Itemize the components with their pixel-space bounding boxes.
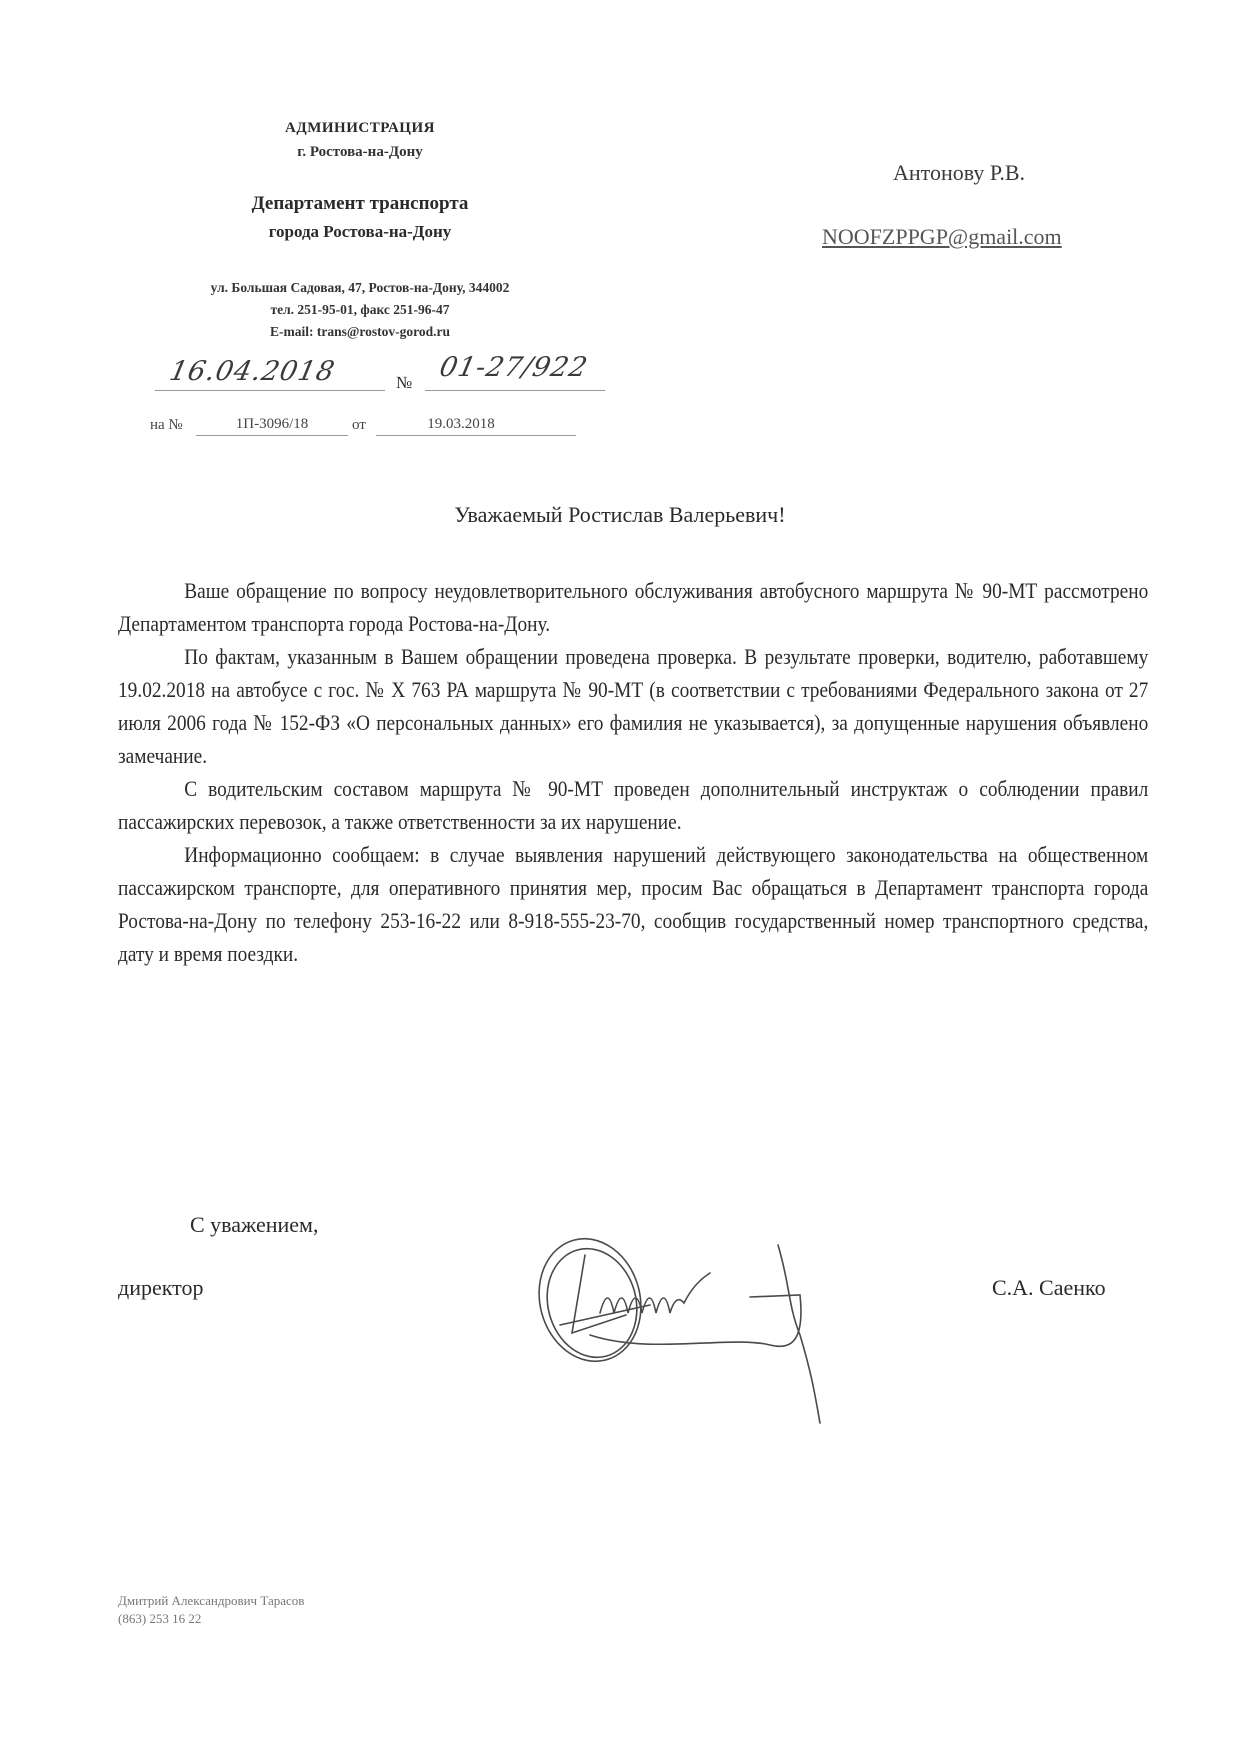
paragraph: Ваше обращение по вопросу неудовлетворит…	[118, 574, 1148, 640]
from-date: 19.03.2018	[376, 416, 546, 433]
number-underline	[425, 390, 605, 391]
recipient-name: Антонову Р.В.	[893, 160, 1025, 186]
from-underline	[376, 435, 576, 436]
signatory-position: директор	[118, 1275, 203, 1301]
letterhead-city: г. Ростова-на-Дону	[130, 144, 590, 161]
closing-regards: С уважением,	[190, 1212, 318, 1238]
letterhead-org: АДМИНИСТРАЦИЯ	[130, 120, 590, 137]
reply-to-underline	[196, 435, 348, 436]
executor-phone: (863) 253 16 22	[118, 1611, 201, 1627]
recipient-email: NOOFZPPGP@gmail.com	[822, 224, 1062, 250]
letter-body: Ваше обращение по вопросу неудовлетворит…	[118, 574, 1148, 970]
letterhead-email: E-mail: trans@rostov-gorod.ru	[130, 324, 590, 340]
letterhead-address: ул. Большая Садовая, 47, Ростов-на-Дону,…	[130, 280, 590, 296]
letterhead-phone-fax: тел. 251-95-01, факс 251-96-47	[130, 302, 590, 318]
date-underline	[155, 390, 385, 391]
reply-to-label: на №	[150, 417, 183, 434]
reply-to-number: 1П-3096/18	[196, 416, 348, 433]
paragraph: С водительским составом маршрута № 90-МТ…	[118, 772, 1148, 838]
outgoing-number: 01-27/922	[437, 352, 591, 383]
greeting: Уважаемый Ростислав Валерьевич!	[0, 502, 1240, 528]
executor-name: Дмитрий Александрович Тарасов	[118, 1593, 304, 1609]
letterhead-department-city: города Ростова-на-Дону	[130, 222, 590, 242]
from-label: от	[352, 417, 366, 434]
paragraph: Информационно сообщаем: в случае выявлен…	[118, 838, 1148, 970]
paragraph: По фактам, указанным в Вашем обращении п…	[118, 640, 1148, 772]
signatory-name: С.А. Саенко	[992, 1275, 1106, 1301]
letterhead-department: Департамент транспорта	[130, 193, 590, 215]
outgoing-date: 16.04.2018	[167, 356, 338, 387]
signature-icon	[530, 1225, 950, 1425]
number-sign: №	[396, 373, 412, 393]
